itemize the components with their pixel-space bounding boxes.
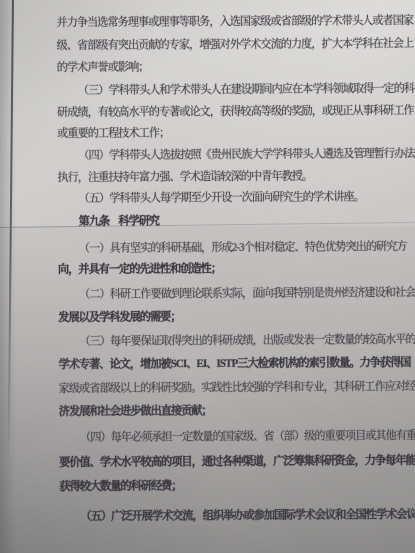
- text-line: （二）科研工作要做到理论联系实际，面向我国特别是贵州经济建设和社会: [79, 285, 409, 303]
- text-line: 家级或省部级以上的科研奖励。实践性比较强的学科和专业，其科研工作应对经: [59, 379, 410, 397]
- text-line: 获得较大数量的科研经费；: [59, 477, 410, 495]
- text-line: （三）每年要保证取得突出的科研成绩，出版或发表一定数量的较高水平的: [79, 332, 409, 350]
- text-line: 并力争当选常务理事或理事等职务，入选国家级或省部级的学术带头人或者国家: [56, 13, 407, 31]
- text-line: 的学术声誉或影响；: [57, 58, 408, 76]
- text-line: （三）学科带头人和学术带头人在建设期间内应在本学科领域取得一定的科: [78, 81, 408, 99]
- text-line: （四）学科带头人选拔按照《贵州民族大学学科带头人遴选及管理暂行办法》: [78, 146, 408, 164]
- text-line: 发展以及学科发展的需要；: [58, 308, 409, 326]
- text-line: 向，并具有一定的先进性和创造性；: [58, 260, 409, 278]
- document-photo: 并力争当选常务理事或理事等职务，入选国家级或省部级的学术带头人或者国家 级、省部…: [0, 0, 415, 553]
- article-title: 科学研究: [118, 215, 159, 227]
- text-line: 济发展和社会进步做出直接贡献；: [59, 402, 410, 420]
- text-line: 或重要的工程技术工作；: [57, 124, 408, 142]
- text-line: 要价值、学术水平较高的项目，通过各种渠道，广泛筹集科研资金，力争每年能: [59, 453, 410, 471]
- text-line: 学术专著、论文，增加被SCI、EI、ISTP三大检索机构的索引数量。力争获得国: [58, 355, 409, 373]
- text-line: （一）具有坚实的科研基础，形成2-3个相对稳定、特色优势突出的研究方: [79, 239, 409, 257]
- text-line: （五）广泛开展学术交流，组织举办或参加国际学术会议和全国性学术会议: [80, 507, 410, 525]
- text-line: 级、省部级有突出贡献的专家，增强对外学术交流的力度，扩大本学科在社会上: [57, 36, 408, 54]
- text-line: （五）学科带头人每学期至少开设一次面向研究生的学术讲座。: [78, 189, 408, 207]
- text-line: 执行，注重扶持年富力强、学术造诣较深的中青年教授。: [57, 168, 408, 186]
- article-heading: 第九条科学研究: [79, 212, 409, 230]
- text-line: （四）每年必须承担一定数量的国家级、省（部）级的重要项目或其他有重: [80, 428, 410, 446]
- text-line: 研成绩，有较高水平的专著或论文，获得较高等级的奖励，或现正从事科研工作: [57, 103, 408, 121]
- article-number: 第九条: [79, 216, 110, 228]
- document-text: 并力争当选常务理事或理事等职务，入选国家级或省部级的学术带头人或者国家 级、省部…: [0, 0, 415, 553]
